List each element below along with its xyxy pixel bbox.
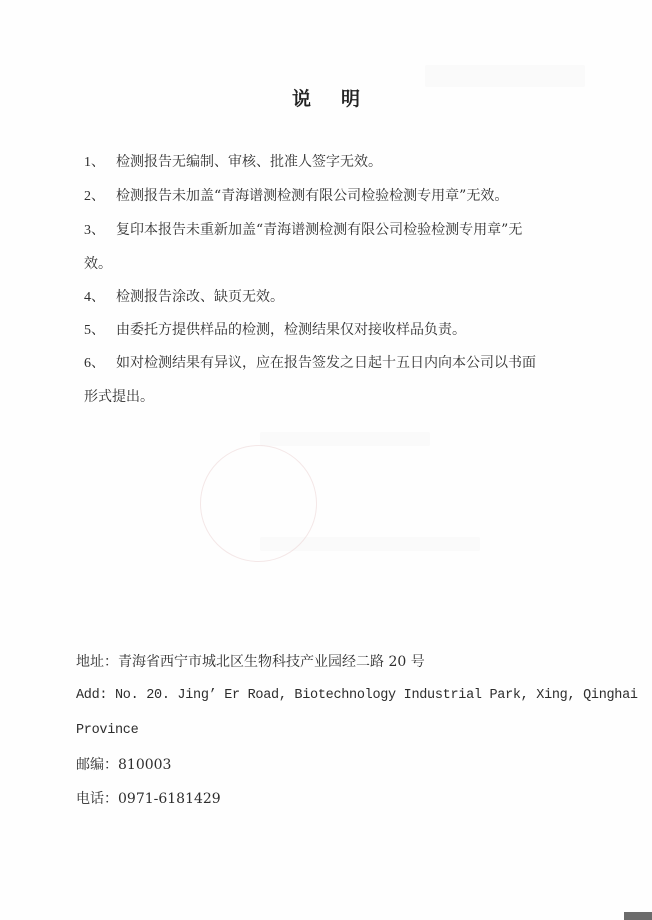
rule-text: 检测报告涂改、缺页无效。 (116, 289, 284, 305)
rule-6-continuation: 形式提出。 (84, 387, 154, 407)
bleed-through-artifact (260, 432, 430, 446)
rule-item-4: 4、检测报告涂改、缺页无效。 (84, 287, 584, 308)
rule-number: 1、 (84, 153, 116, 173)
rule-item-1: 1、检测报告无编制、审核、批准人签字无效。 (84, 152, 584, 173)
rule-number: 5、 (84, 321, 116, 341)
rule-text: 检测报告无编制、审核、批准人签字无效。 (116, 154, 382, 170)
rule-number: 4、 (84, 288, 116, 308)
rule-item-5: 5、由委托方提供样品的检测，检测结果仅对接收样品负责。 (84, 320, 584, 341)
rule-number: 6、 (84, 354, 116, 374)
address-chinese: 地址：青海省西宁市城北区生物科技产业园经二路 20 号 (76, 652, 425, 672)
rule-3-continuation: 效。 (84, 254, 112, 274)
postcode: 邮编：810003 (76, 755, 171, 775)
rule-text: 如对检测结果有异议，应在报告签发之日起十五日内向本公司以书面 (116, 355, 536, 371)
rule-number: 3、 (84, 221, 116, 241)
scan-edge-mark (624, 912, 652, 920)
address-english-line1: Add: No. 20. Jing’ Er Road, Biotechnolog… (76, 686, 638, 706)
rule-item-3: 3、复印本报告未重新加盖“青海谱测检测有限公司检验检测专用章”无 (84, 220, 604, 241)
rule-text: 由委托方提供样品的检测，检测结果仅对接收样品负责。 (116, 322, 466, 338)
rule-item-2: 2、检测报告未加盖“青海谱测检测有限公司检验检测专用章”无效。 (84, 186, 584, 207)
document-page: 说明 1、检测报告无编制、审核、批准人签字无效。 2、检测报告未加盖“青海谱测检… (0, 0, 652, 920)
faint-seal-mark (200, 445, 317, 562)
page-title: 说明 (0, 84, 652, 111)
rule-number: 2、 (84, 187, 116, 207)
rule-item-6: 6、如对检测结果有异议，应在报告签发之日起十五日内向本公司以书面 (84, 353, 604, 374)
rule-text: 复印本报告未重新加盖“青海谱测检测有限公司检验检测专用章”无 (116, 222, 522, 238)
address-english-line2: Province (76, 721, 138, 741)
phone-number: 电话：0971-6181429 (76, 789, 221, 809)
rule-text: 检测报告未加盖“青海谱测检测有限公司检验检测专用章”无效。 (116, 188, 508, 204)
